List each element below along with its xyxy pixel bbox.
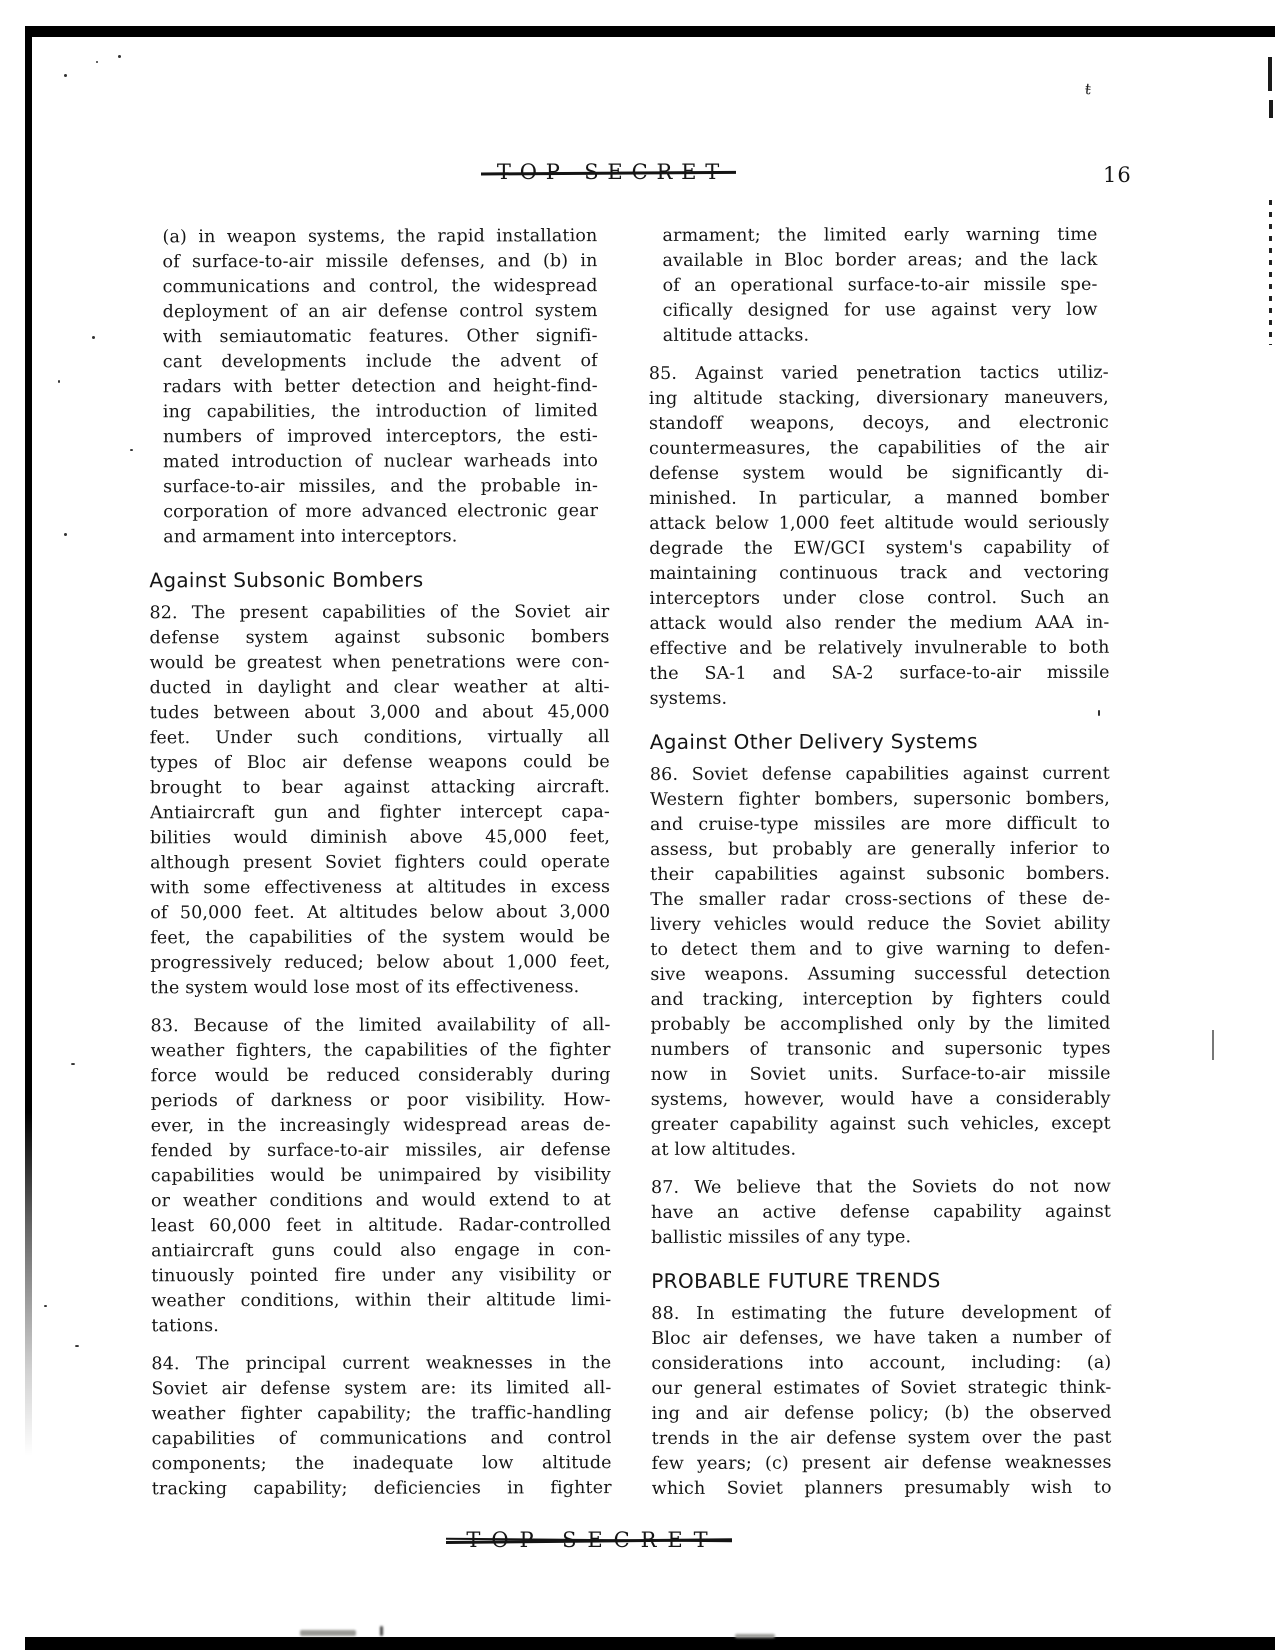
- text-line: standoff weapons, decoys, and electronic: [649, 411, 1109, 437]
- text-line: brought to bear against attacking aircra…: [150, 775, 610, 801]
- text-line: periods of darkness or poor visibility. …: [151, 1088, 611, 1114]
- heading-against-other-delivery-systems: Against Other Delivery Systems: [650, 729, 1110, 754]
- text-line: force would be reduced considerably duri…: [151, 1063, 611, 1089]
- text-line: now in Soviet units. Surface-to-air miss…: [651, 1062, 1111, 1088]
- text-line: capabilities of communications and contr…: [152, 1426, 612, 1452]
- document-page: TOP SECRET 16 ŧ (a) in weapon systems, t…: [0, 0, 1275, 1650]
- text-line: communications and control, the widespre…: [163, 274, 598, 300]
- text-line: to detect them and to give warning to de…: [650, 937, 1110, 963]
- text-line: deployment of an air defense control sys…: [163, 299, 598, 325]
- text-line: surface-to-air missiles, and the probabl…: [163, 474, 598, 500]
- text-line: systems, however, would have a considera…: [651, 1087, 1111, 1113]
- text-line: least 60,000 feet in altitude. Radar-con…: [151, 1213, 611, 1239]
- text-line: Western fighter bombers, supersonic bomb…: [650, 787, 1110, 813]
- text-line: 86. Soviet defense capabilities against …: [650, 762, 1110, 788]
- text-line: 83. Because of the limited availability …: [150, 1013, 610, 1039]
- text-line: systems.: [650, 686, 1110, 712]
- text-line: or weather conditions and would extend t…: [151, 1188, 611, 1214]
- heading-probable-future-trends: PROBABLE FUTURE TRENDS: [651, 1268, 1111, 1293]
- text-line: 84. The principal current weaknesses in …: [151, 1351, 611, 1377]
- text-line: effective and be relatively invulnerable…: [650, 636, 1110, 662]
- text-line: livery vehicles would reduce the Soviet …: [650, 912, 1110, 938]
- left-column: (a) in weapon systems, the rapid install…: [148, 224, 611, 1515]
- text-line: interceptors under close control. Such a…: [649, 586, 1109, 612]
- text-line: Bloc air defenses, we have taken a numbe…: [651, 1326, 1111, 1352]
- text-line: mated introduction of nuclear warheads i…: [163, 449, 598, 475]
- text-line: ing altitude stacking, diversionary mane…: [649, 386, 1109, 412]
- text-line: feet, the capabilities of the system wou…: [150, 925, 610, 951]
- text-line: tinuously pointed fire under any visibil…: [151, 1263, 611, 1289]
- paragraph-83: 83. Because of the limited availability …: [150, 1013, 611, 1339]
- text-line: 87. We believe that the Soviets do not n…: [651, 1175, 1111, 1201]
- text-line: would be greatest when penetrations were…: [150, 650, 610, 676]
- paragraph-82: 82. The present capabilities of the Sovi…: [149, 600, 610, 1001]
- text-line: components; the inadequate low altitude: [152, 1451, 612, 1477]
- paragraph-a: (a) in weapon systems, the rapid install…: [162, 224, 598, 550]
- text-line: with some effectiveness at altitudes in …: [150, 875, 610, 901]
- text-line: altitude attacks.: [663, 323, 1098, 349]
- text-line: defense system against subsonic bombers: [149, 625, 609, 651]
- text-line: capabilities would be unimpaired by visi…: [151, 1163, 611, 1189]
- text-line: bilities would diminish above 45,000 fee…: [150, 825, 610, 851]
- text-line: and cruise-type missiles are more diffic…: [650, 812, 1110, 838]
- paragraph-88: 88. In estimating the future development…: [651, 1301, 1112, 1502]
- heading-against-subsonic-bombers: Against Subsonic Bombers: [149, 567, 609, 592]
- text-line: which Soviet planners presumably wish to: [652, 1476, 1112, 1502]
- text-line: greater capability against such vehicles…: [651, 1112, 1111, 1138]
- classification-footer: TOP SECRET: [466, 1528, 718, 1552]
- text-line: of 50,000 feet. At altitudes below about…: [150, 900, 610, 926]
- text-line: of an operational surface-to-air missile…: [663, 273, 1098, 299]
- text-line: countermeasures, the capabilities of the…: [649, 436, 1109, 462]
- text-line: corporation of more advanced electronic …: [163, 499, 598, 525]
- text-line: have an active defense capability agains…: [651, 1200, 1111, 1226]
- text-line: their capabilities against subsonic bomb…: [650, 862, 1110, 888]
- right-column: armament; the limited early warning time…: [648, 223, 1111, 1515]
- text-line: 85. Against varied penetration tactics u…: [649, 361, 1109, 387]
- text-line: armament; the limited early warning time: [662, 223, 1097, 249]
- text-line: the system would lose most of its effect…: [150, 975, 610, 1001]
- text-line: minished. In particular, a manned bomber: [649, 486, 1109, 512]
- text-line: of surface-to-air missile defenses, and …: [162, 249, 597, 275]
- text-line: (a) in weapon systems, the rapid install…: [162, 224, 597, 250]
- text-line: trends in the air defense system over th…: [652, 1426, 1112, 1452]
- text-line: weather fighter capability; the traffic-…: [152, 1401, 612, 1427]
- text-line: degrade the EW/GCI system's capability o…: [649, 536, 1109, 562]
- text-line: at low altitudes.: [651, 1137, 1111, 1163]
- text-line: with semiautomatic features. Other signi…: [163, 324, 598, 350]
- text-line: cifically designed for use against very …: [663, 298, 1098, 324]
- text-line: considerations into account, including: …: [651, 1351, 1111, 1377]
- text-line: fended by surface-to-air missiles, air d…: [151, 1138, 611, 1164]
- text-line: defense system would be significantly di…: [649, 461, 1109, 487]
- text-line: Antiaircraft gun and fighter intercept c…: [150, 800, 610, 826]
- paragraph-87: 87. We believe that the Soviets do not n…: [651, 1175, 1111, 1251]
- text-line: 82. The present capabilities of the Sovi…: [149, 600, 609, 626]
- text-line: sive weapons. Assuming successful detect…: [650, 962, 1110, 988]
- text-line: 88. In estimating the future development…: [651, 1301, 1111, 1327]
- text-line: attack would also render the medium AAA …: [649, 611, 1109, 637]
- text-line: ducted in daylight and clear weather at …: [150, 675, 610, 701]
- text-line: weather conditions, within their altitud…: [151, 1288, 611, 1314]
- text-line: progressively reduced; below about 1,000…: [150, 950, 610, 976]
- text-line: feet. Under such conditions, virtually a…: [150, 725, 610, 751]
- text-line: cant developments include the advent of: [163, 349, 598, 375]
- text-line: although present Soviet fighters could o…: [150, 850, 610, 876]
- text-line: radars with better detection and height-…: [163, 374, 598, 400]
- text-line: ing and air defense policy; (b) the obse…: [652, 1401, 1112, 1427]
- page-footer: TOP SECRET: [0, 1528, 1275, 1552]
- text-line: attack below 1,000 feet altitude would s…: [649, 511, 1109, 537]
- text-line: antiaircraft guns could also engage in c…: [151, 1238, 611, 1264]
- text-line: weather fighters, the capabilities of th…: [151, 1038, 611, 1064]
- text-line: probably be accomplished only by the lim…: [650, 1012, 1110, 1038]
- text-line: our general estimates of Soviet strategi…: [651, 1376, 1111, 1402]
- paragraph-85: 85. Against varied penetration tactics u…: [649, 361, 1110, 712]
- text-line: few years; (c) present air defense weakn…: [652, 1451, 1112, 1477]
- text-line: types of Bloc air defense weapons could …: [150, 750, 610, 776]
- text-line: tations.: [151, 1313, 611, 1339]
- text-line: tracking capability; deficiencies in fig…: [152, 1476, 612, 1502]
- text-line: ballistic missiles of any type.: [651, 1225, 1111, 1251]
- text-line: assess, but probably are generally infer…: [650, 837, 1110, 863]
- paragraph-84: 84. The principal current weaknesses in …: [151, 1351, 611, 1502]
- text-line: The smaller radar cross-sections of thes…: [650, 887, 1110, 913]
- text-line: the SA-1 and SA-2 surface-to-air missile: [650, 661, 1110, 687]
- text-line: ing capabilities, the introduction of li…: [163, 399, 598, 425]
- text-line: numbers of transonic and supersonic type…: [651, 1037, 1111, 1063]
- paragraph-armament-continuation: armament; the limited early warning time…: [662, 223, 1097, 349]
- text-line: ever, in the increasingly widespread are…: [151, 1113, 611, 1139]
- text-line: Soviet air defense system are: its limit…: [151, 1376, 611, 1402]
- page-body: (a) in weapon systems, the rapid install…: [0, 0, 1275, 1650]
- text-line: tudes between about 3,000 and about 45,0…: [150, 700, 610, 726]
- text-line: numbers of improved interceptors, the es…: [163, 424, 598, 450]
- paragraph-86: 86. Soviet defense capabilities against …: [650, 762, 1111, 1163]
- text-line: and armament into interceptors.: [163, 524, 598, 550]
- text-line: maintaining continuous track and vectori…: [649, 561, 1109, 587]
- text-line: available in Bloc border areas; and the …: [662, 248, 1097, 274]
- text-line: and tracking, interception by fighters c…: [650, 987, 1110, 1013]
